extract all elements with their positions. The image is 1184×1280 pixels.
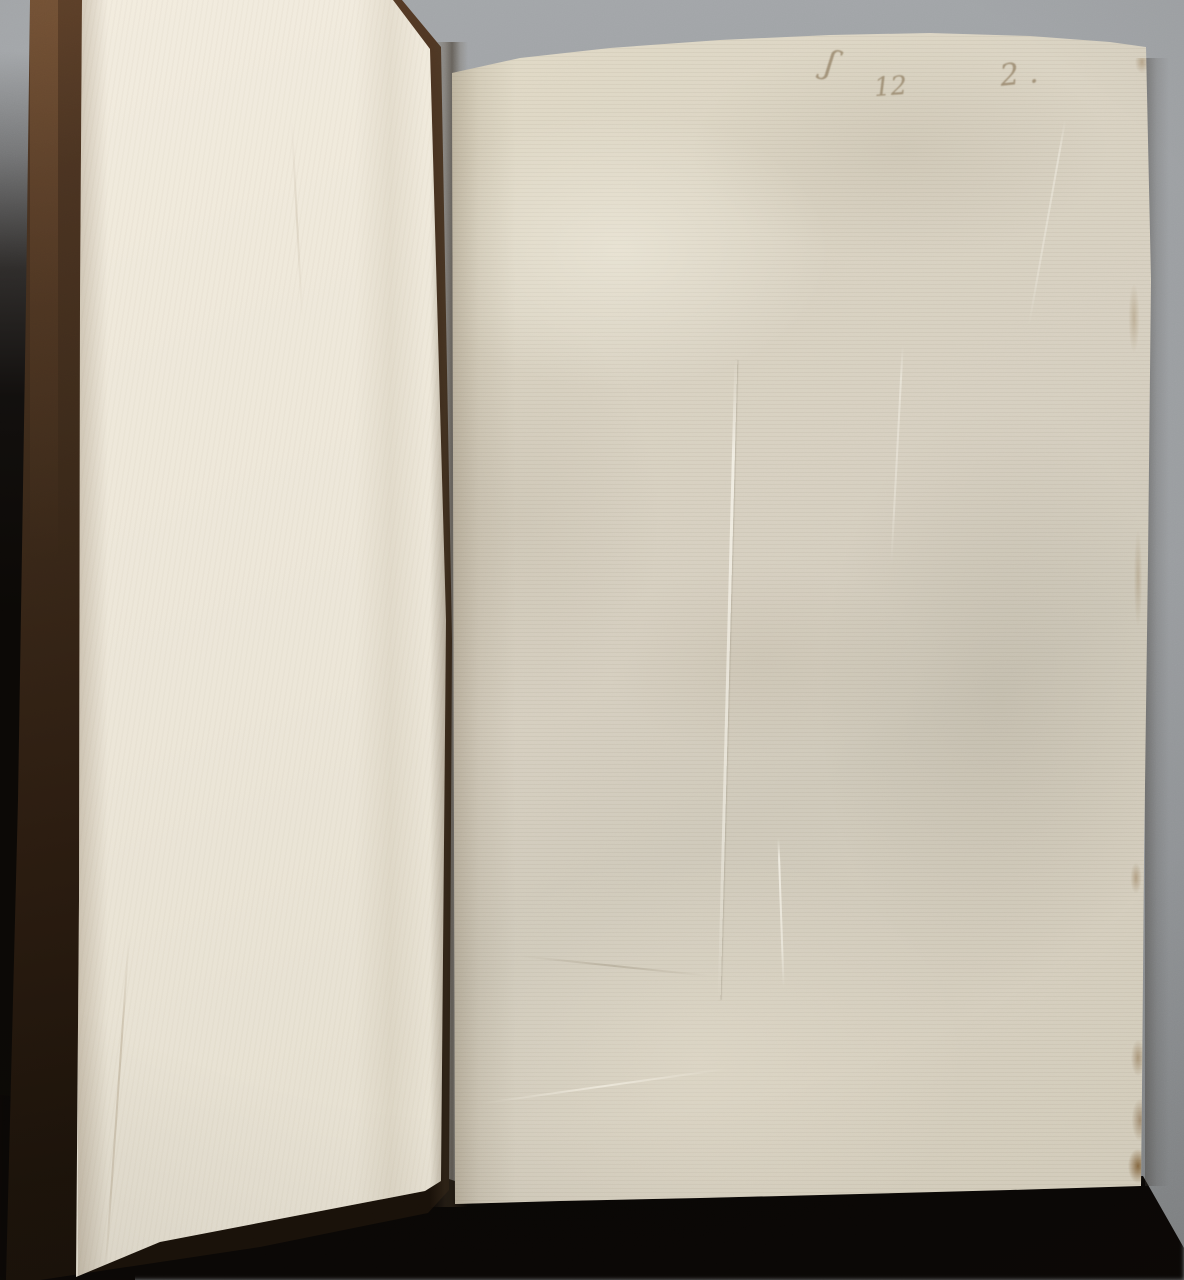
- pastedown-tone-band: [355, 0, 425, 1280]
- page-gutter-shade: [452, 60, 516, 1208]
- ink-inscription: 2 .: [999, 58, 1040, 92]
- leather-sheen: [30, 0, 58, 560]
- book-photo: ʃ 2 . 12: [0, 0, 1184, 1280]
- pastedown-shade-left: [78, 0, 108, 1280]
- ink-inscription: 12: [873, 73, 908, 101]
- fore-edge-stains: [1112, 58, 1148, 1188]
